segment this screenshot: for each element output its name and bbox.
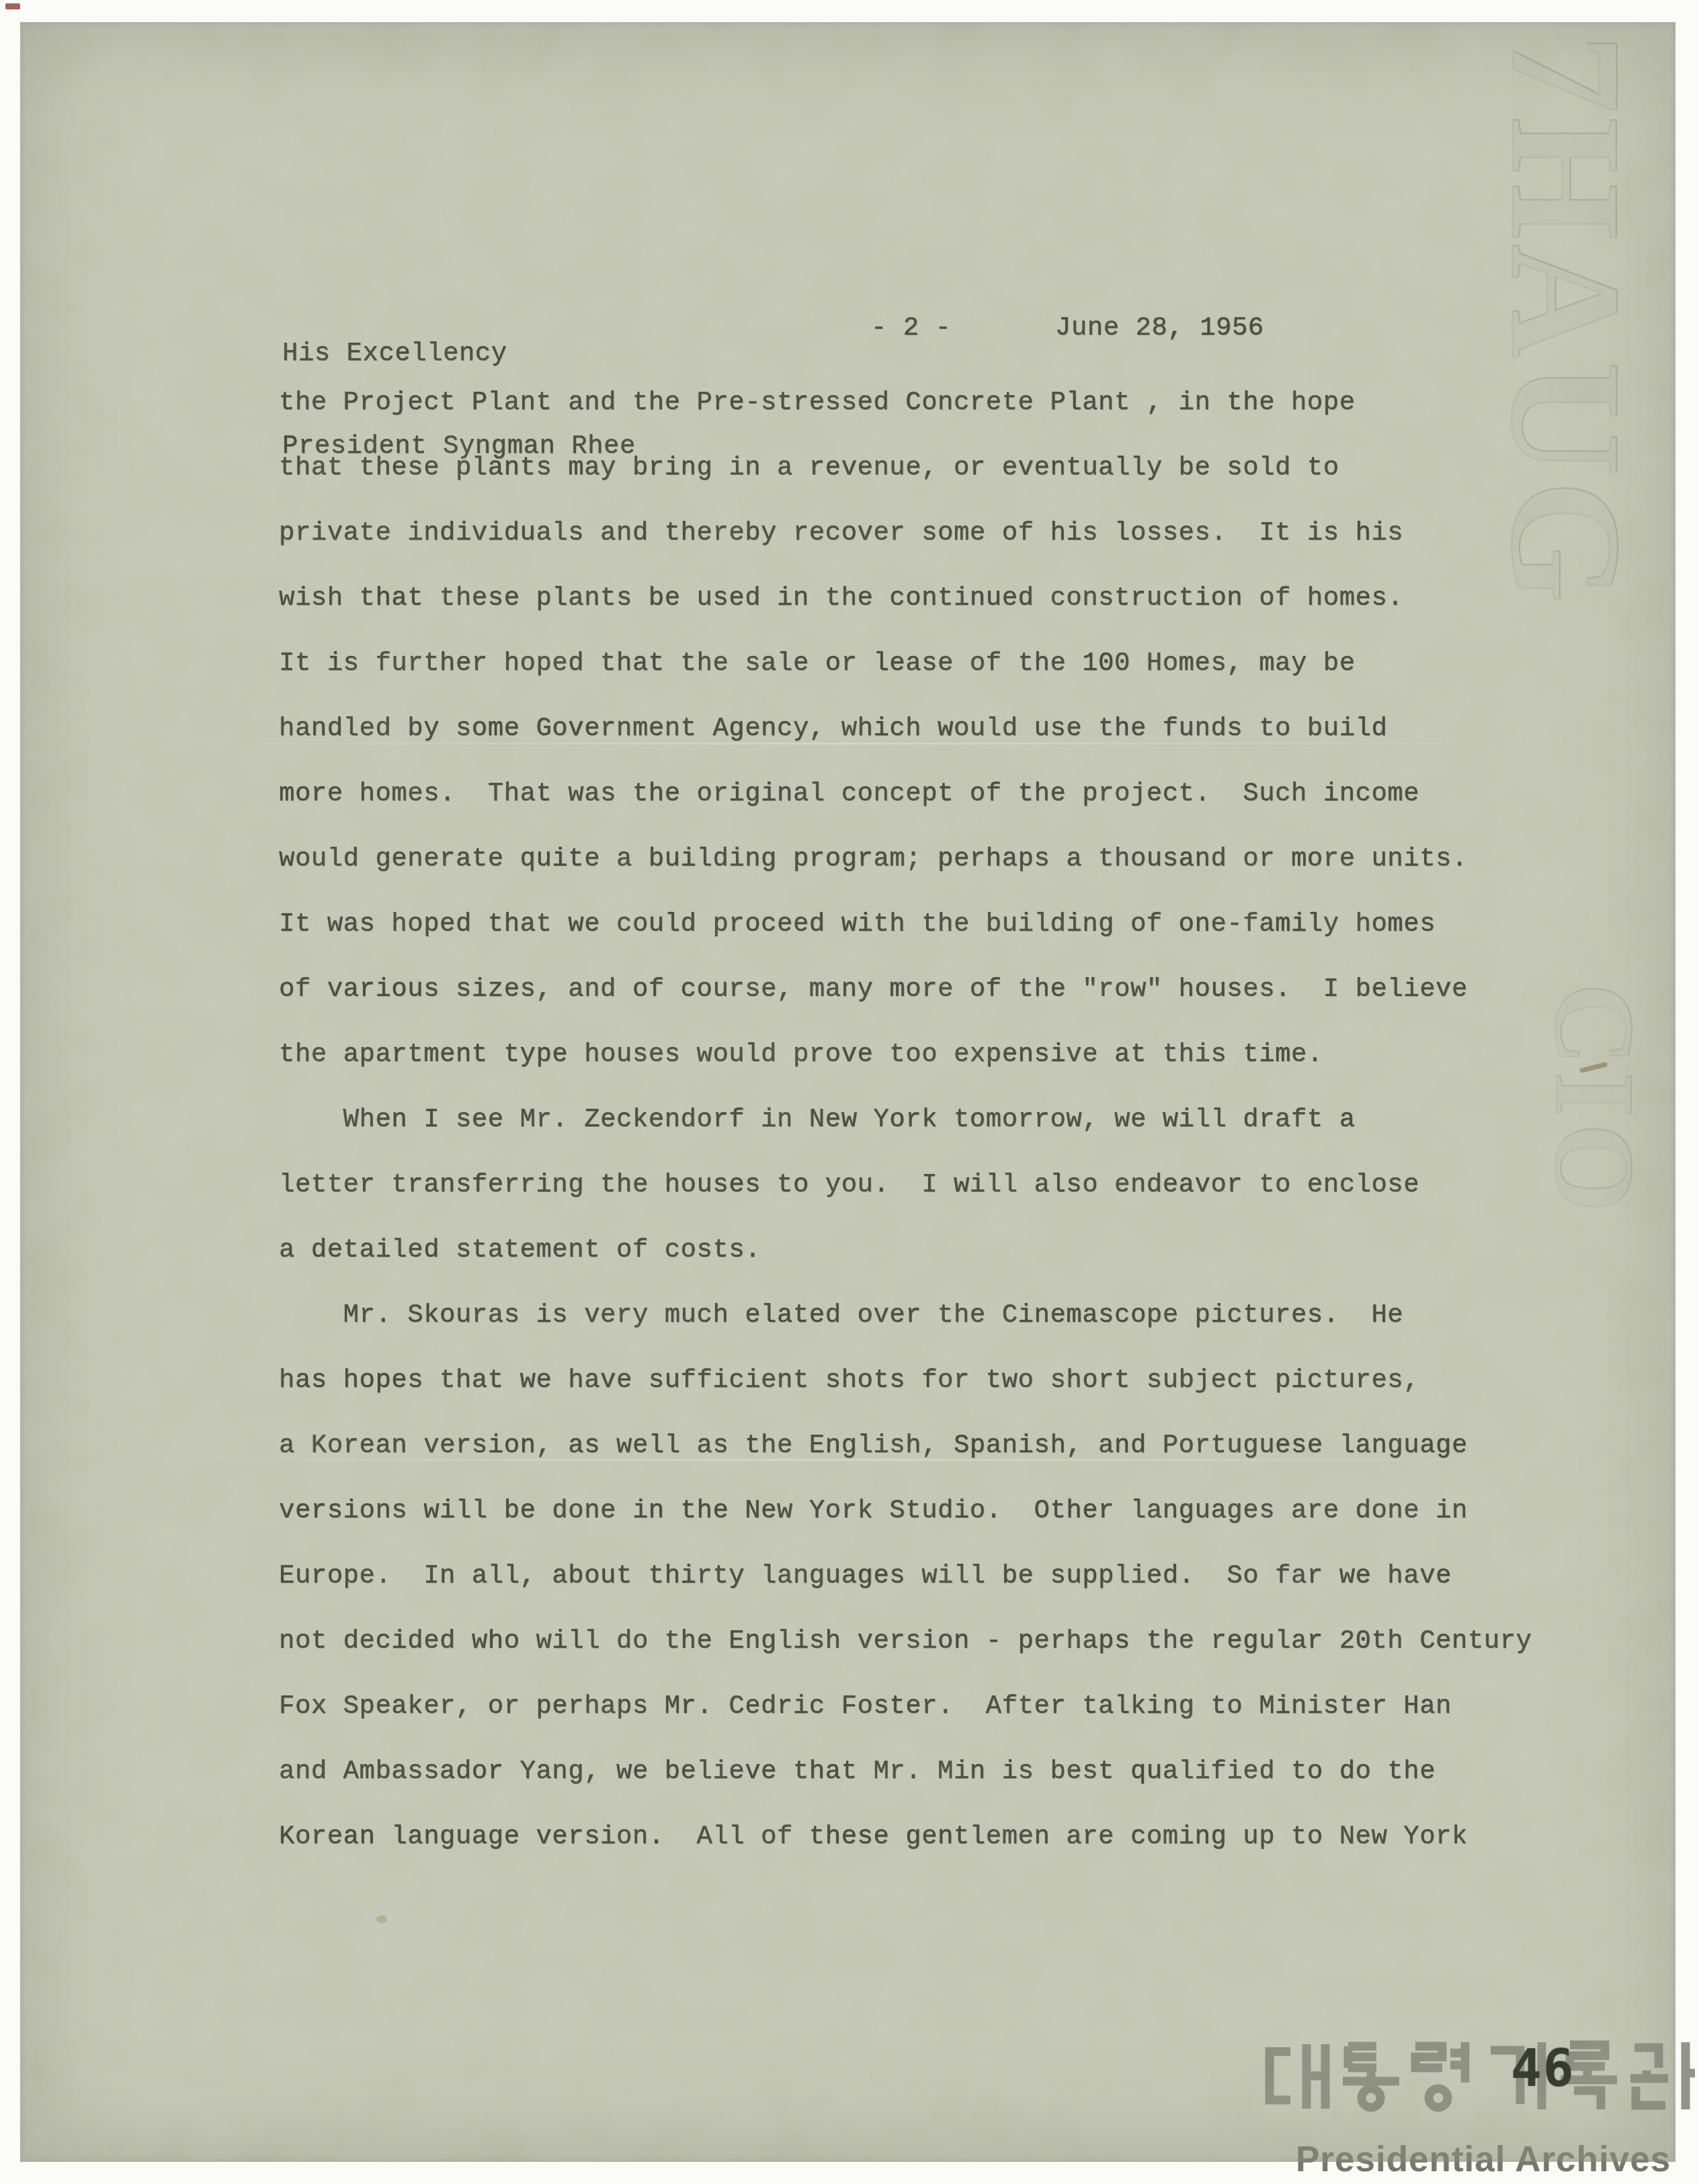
- typewritten-line: of various sizes, and of course, many mo…: [279, 957, 1532, 1022]
- typewritten-line: more homes. That was the original concep…: [279, 761, 1532, 827]
- typewritten-line: would generate quite a building program;…: [279, 827, 1532, 892]
- typewritten-line: versions will be done in the New York St…: [279, 1478, 1532, 1544]
- scanned-letter-page: 7HAUG CIO His Excellency President Syngm…: [0, 0, 1699, 2184]
- typewritten-line: not decided who will do the English vers…: [279, 1609, 1532, 1674]
- typewritten-line: handled by some Government Agency, which…: [279, 696, 1532, 761]
- typewritten-line: wish that these plants be used in the co…: [279, 566, 1532, 631]
- typewritten-line: Europe. In all, about thirty languages w…: [279, 1544, 1532, 1609]
- typewritten-line: has hopes that we have sufficient shots …: [279, 1348, 1532, 1413]
- letter-date: June 28, 1956: [1055, 311, 1264, 345]
- typewritten-line: that these plants may bring in a revenue…: [279, 435, 1532, 501]
- typed-page-number: - 2 -: [871, 311, 952, 345]
- typewritten-line: the apartment type houses would prove to…: [279, 1022, 1532, 1087]
- typewritten-line: Fox Speaker, or perhaps Mr. Cedric Foste…: [279, 1674, 1532, 1739]
- paper-speck: [376, 1915, 387, 1923]
- typewritten-line: the Project Plant and the Pre-stressed C…: [279, 370, 1532, 435]
- typewritten-line: private individuals and thereby recover …: [279, 501, 1532, 566]
- typewritten-line: and Ambassador Yang, we believe that Mr.…: [279, 1739, 1532, 1804]
- paper-speck: [1579, 1062, 1608, 1073]
- typewritten-line: Mr. Skouras is very much elated over the…: [279, 1283, 1532, 1348]
- ghost-watermark-middle: CIO: [1529, 983, 1660, 1219]
- addressee-line: His Excellency: [282, 337, 636, 370]
- typewritten-line: When I see Mr. Zeckendorf in New York to…: [279, 1087, 1532, 1152]
- typewritten-line: letter transferring the houses to you. I…: [279, 1152, 1532, 1218]
- typewritten-line: It is further hoped that the sale or lea…: [279, 631, 1532, 696]
- presidential-archives-label: Presidential Archives: [1296, 2139, 1671, 2180]
- typewritten-line: It was hoped that we could proceed with …: [279, 892, 1532, 957]
- paper-sheet: 7HAUG CIO His Excellency President Syngm…: [20, 22, 1675, 2162]
- typewritten-line: a detailed statement of costs.: [279, 1218, 1532, 1283]
- typewritten-line: Korean language version. All of these ge…: [279, 1804, 1532, 1870]
- page-number-stamp: 46: [1511, 2038, 1575, 2098]
- korean-watermark: [1265, 2040, 1699, 2115]
- scan-corner-mark: [5, 3, 20, 9]
- typewritten-line: a Korean version, as well as the English…: [279, 1413, 1532, 1478]
- letter-body: the Project Plant and the Pre-stressed C…: [279, 370, 1532, 1870]
